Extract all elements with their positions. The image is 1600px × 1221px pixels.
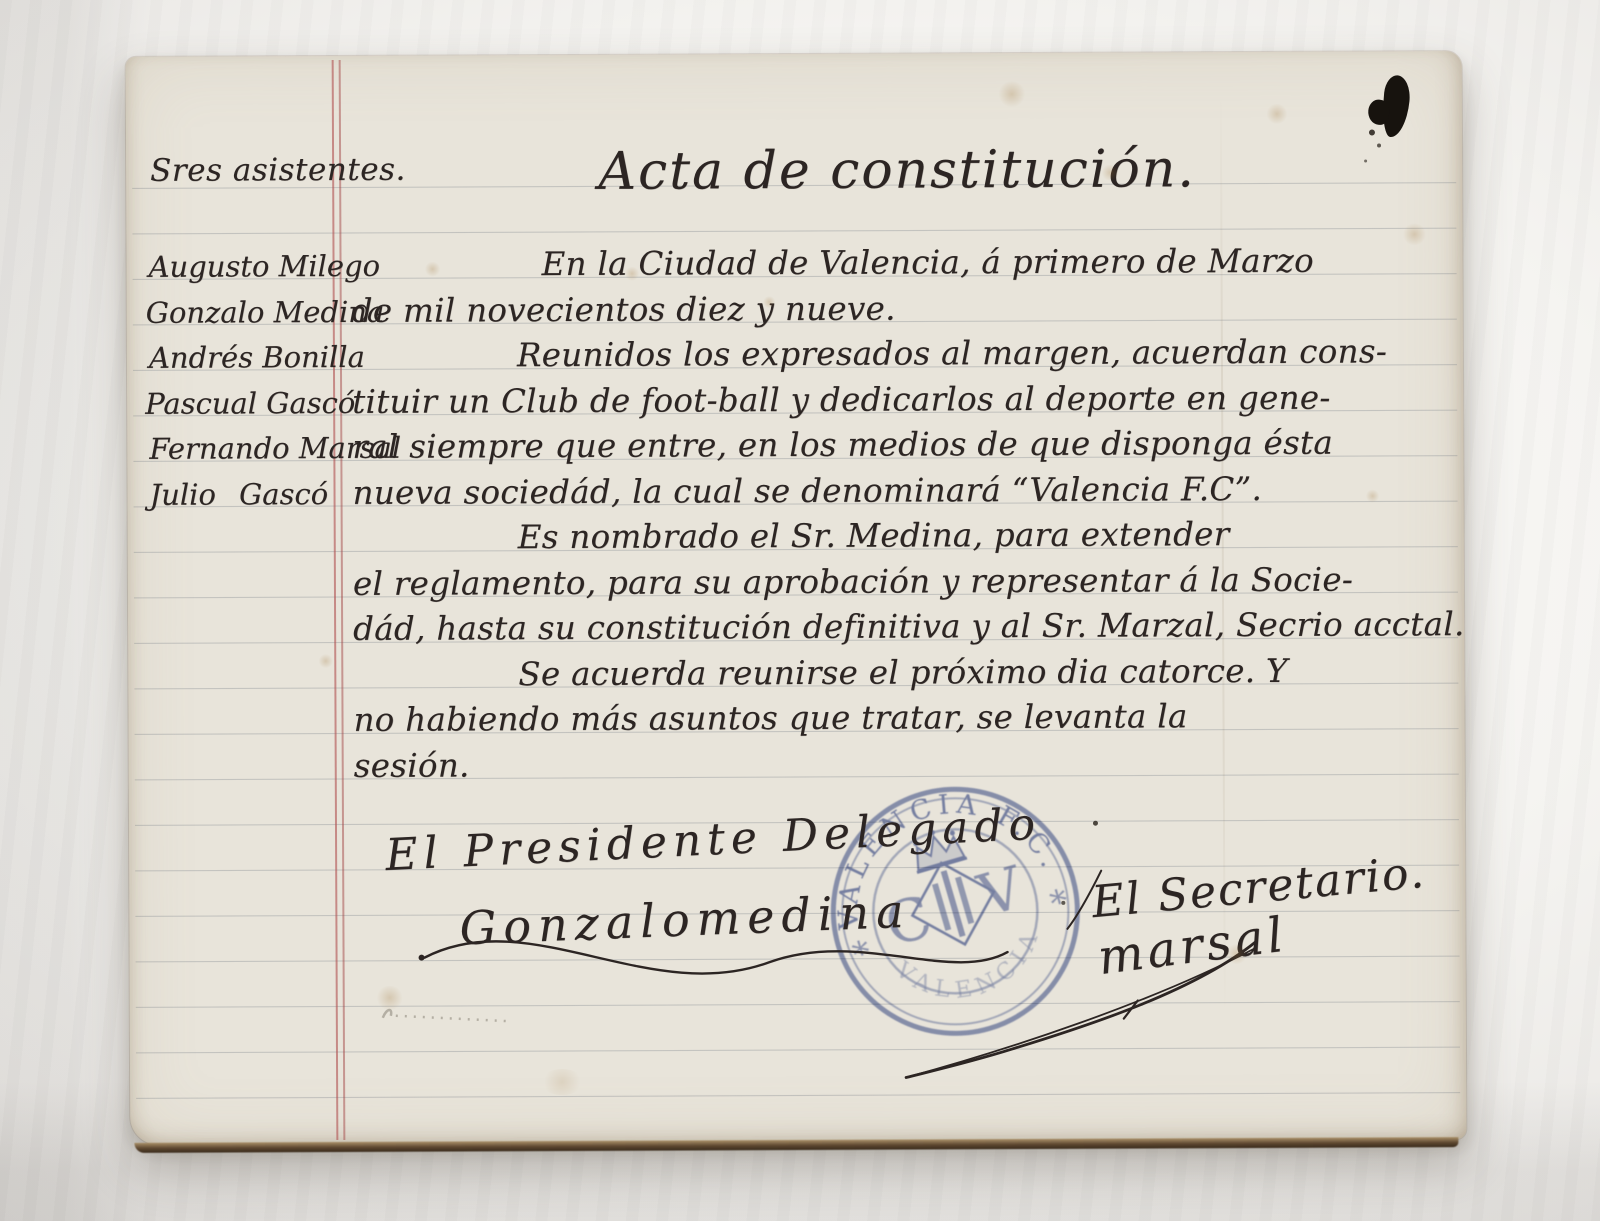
body-line: tituir un Club de foot-ball y dedicarlos… bbox=[352, 375, 1450, 425]
ink-speck bbox=[1364, 160, 1367, 163]
body-line: nueva sociedád, la cual se denominará “V… bbox=[352, 466, 1450, 516]
body-line: ral siempre que entre, en los medios de … bbox=[352, 420, 1450, 470]
body-line: Reunidos los expresados al margen, acuer… bbox=[352, 329, 1450, 379]
page-number-ink-blot bbox=[1380, 74, 1412, 138]
ink-speck bbox=[1061, 901, 1065, 905]
body-line: Es nombrado el Sr. Medina, para extender bbox=[353, 511, 1451, 561]
body-line: Se acuerda reunirse el próximo dia cator… bbox=[353, 648, 1451, 698]
minutes-body: En la Ciudad de Valencia, á primero de M… bbox=[351, 238, 1451, 789]
body-line: dád, hasta su constitución definitiva y … bbox=[353, 602, 1451, 652]
body-line: el reglamento, para su aprobación y repr… bbox=[353, 557, 1451, 607]
ink-speck bbox=[1093, 821, 1098, 826]
stamp-right-star: * bbox=[1046, 881, 1074, 924]
ink-speck bbox=[1377, 143, 1381, 147]
body-line: de mil novecientos diez y nueve. bbox=[352, 284, 1450, 334]
page-title: Acta de constitución. bbox=[351, 138, 1443, 203]
manuscript-page: Sres asistentes. Augusto Milego Gonzalo … bbox=[126, 51, 1467, 1145]
body-line: En la Ciudad de Valencia, á primero de M… bbox=[351, 238, 1449, 288]
photo-background: Sres asistentes. Augusto Milego Gonzalo … bbox=[0, 0, 1600, 1221]
foxing-stain bbox=[1266, 104, 1288, 124]
foxing-stain bbox=[998, 81, 1026, 107]
ink-speck bbox=[1369, 129, 1375, 135]
body-line: no habiendo más asuntos que tratar, se l… bbox=[353, 693, 1451, 743]
